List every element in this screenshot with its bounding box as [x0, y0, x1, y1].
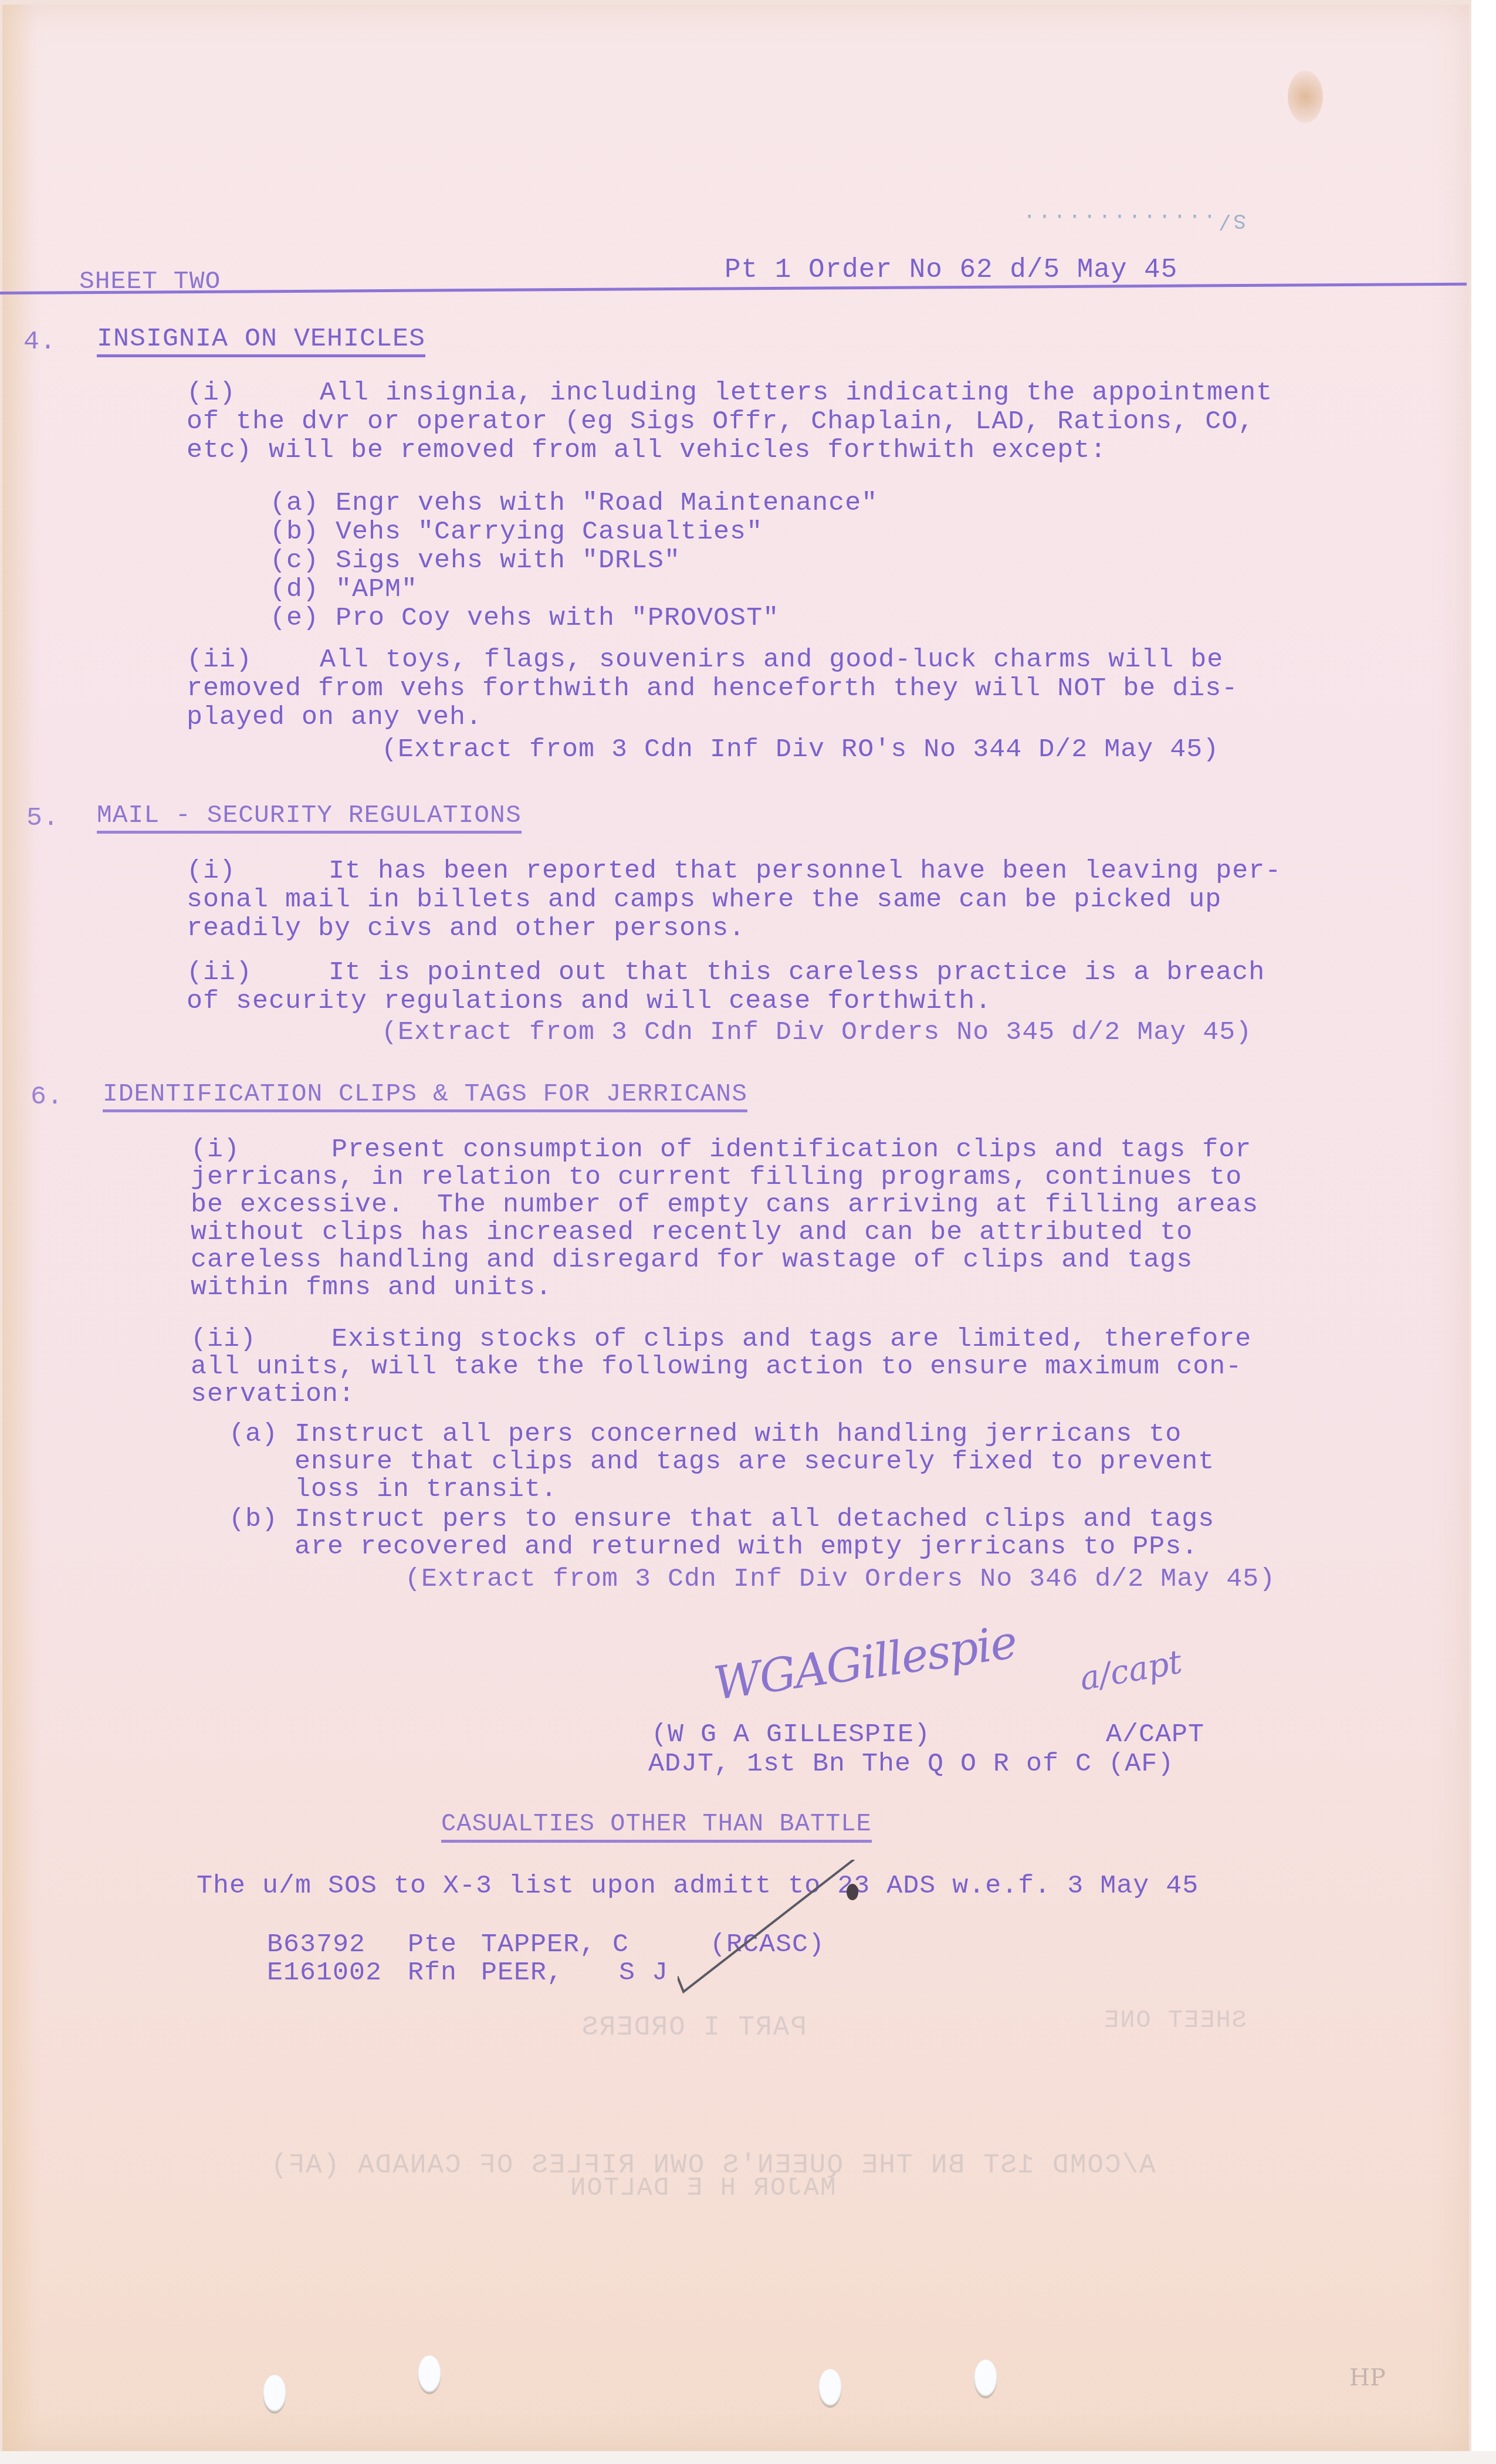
- scan-edge: [1471, 0, 1496, 2464]
- paragraph-line: Existing stocks of clips and tags are li…: [331, 1325, 1251, 1353]
- punch-hole: [818, 2369, 842, 2408]
- paragraph-line: removed from vehs forthwith and hencefor…: [187, 674, 1238, 703]
- bleed-through-line: SHEET ONE: [1103, 2006, 1247, 2035]
- paragraph-line: without clips has increased recently and…: [191, 1218, 1193, 1247]
- list-item: are recovered and returned with empty je…: [229, 1532, 1198, 1561]
- paragraph-label: (ii): [191, 1325, 256, 1353]
- paragraph-label: (ii): [187, 645, 252, 674]
- paragraph-line: readily by civs and other persons.: [187, 914, 745, 943]
- casualty-name: TAPPER, C: [481, 1930, 629, 1959]
- list-item: (d) "APM": [270, 575, 418, 604]
- paragraph-line: sonal mail in billets and camps where th…: [187, 885, 1221, 914]
- list-item: (b) Vehs "Carrying Casualties": [270, 517, 763, 546]
- section-title: IDENTIFICATION CLIPS & TAGS FOR JERRICAN…: [103, 1079, 747, 1112]
- list-item: (a) Engr vehs with "Road Maintenance": [270, 489, 878, 517]
- paragraph-line: of the dvr or operator (eg Sigs Offr, Ch…: [187, 407, 1254, 436]
- section-number: 6.: [31, 1082, 63, 1111]
- punch-hole: [974, 2360, 997, 2398]
- casualty-name: PEER,: [481, 1958, 563, 1987]
- source-citation: (Extract from 3 Cdn Inf Div Orders No 34…: [405, 1565, 1275, 1593]
- section-number: 5.: [26, 804, 59, 832]
- paragraph-line: servation:: [191, 1380, 355, 1409]
- source-citation: (Extract from 3 Cdn Inf Div RO's No 344 …: [381, 735, 1219, 764]
- casualty-initials: S J: [619, 1958, 668, 1987]
- paragraph-line: etc) will be removed from all vehicles f…: [187, 436, 1106, 465]
- paragraph-line: It has been reported that personnel have…: [329, 857, 1281, 885]
- signatory-rank: A/CAPT: [1106, 1720, 1204, 1749]
- serial-stamp: S/.............: [1021, 208, 1246, 232]
- paragraph-line: of security regulations and will cease f…: [187, 987, 991, 1016]
- casualties-title: CASUALTIES OTHER THAN BATTLE: [441, 1810, 872, 1843]
- paragraph-line: All toys, flags, souvenirs and good-luck…: [320, 645, 1223, 674]
- paragraph-label: (i): [191, 1135, 240, 1164]
- list-item: loss in transit.: [229, 1475, 557, 1504]
- paragraph-line: within fmns and units.: [191, 1273, 552, 1302]
- order-reference: Pt 1 Order No 62 d/5 May 45: [725, 256, 1177, 285]
- casualty-number: B63792: [267, 1930, 365, 1959]
- scan-edge-bottom: [0, 2451, 1496, 2464]
- signatory-name: (W G A GILLESPIE): [651, 1720, 930, 1749]
- paragraph-line: all units, will take the following actio…: [191, 1352, 1242, 1381]
- list-item: (e) Pro Coy vehs with "PROVOST": [270, 604, 779, 632]
- casualty-rank: Rfn: [408, 1958, 457, 1987]
- paragraph-line: All insignia, including letters indicati…: [320, 378, 1272, 407]
- section-title: MAIL - SECURITY REGULATIONS: [97, 801, 522, 834]
- bleed-through-line: PART I ORDERS: [581, 2012, 807, 2043]
- section-number: 4.: [23, 327, 56, 356]
- punch-hole: [418, 2355, 441, 2394]
- paragraph-line: Present consumption of identification cl…: [331, 1135, 1251, 1164]
- casualty-number: E161002: [267, 1958, 382, 1987]
- paragraph-label: (i): [187, 857, 236, 885]
- margin-pencil-note: HP: [1349, 2364, 1386, 2391]
- paragraph-line: played on any veh.: [187, 703, 482, 732]
- bleed-through-line: MAJOR H E DALTON: [569, 2174, 835, 2203]
- paper-stain: [1288, 70, 1323, 123]
- list-item: (c) Sigs vehs with "DRLS": [270, 546, 681, 575]
- paragraph-line: jerricans, in relation to current fillin…: [191, 1163, 1242, 1192]
- source-citation: (Extract from 3 Cdn Inf Div Orders No 34…: [381, 1018, 1252, 1047]
- casualty-rank: Pte: [408, 1930, 457, 1959]
- pencil-checkmark-icon: [678, 1860, 889, 1995]
- paragraph-label: (ii): [187, 958, 252, 987]
- list-item: (b) Instruct pers to ensure that all det…: [229, 1505, 1214, 1534]
- list-item: ensure that clips and tags are securely …: [229, 1447, 1214, 1476]
- paragraph-label: (i): [187, 378, 236, 407]
- paragraph-line: It is pointed out that this careless pra…: [329, 958, 1265, 987]
- list-item: (a) Instruct all pers concerned with han…: [229, 1420, 1182, 1448]
- section-title: INSIGNIA ON VEHICLES: [97, 324, 425, 357]
- punch-hole: [263, 2375, 286, 2414]
- paragraph-line: careless handling and disregard for wast…: [191, 1245, 1193, 1274]
- paragraph-line: be excessive. The number of empty cans a…: [191, 1190, 1258, 1219]
- signatory-appointment: ADJT, 1st Bn The Q O R of C (AF): [648, 1749, 1174, 1778]
